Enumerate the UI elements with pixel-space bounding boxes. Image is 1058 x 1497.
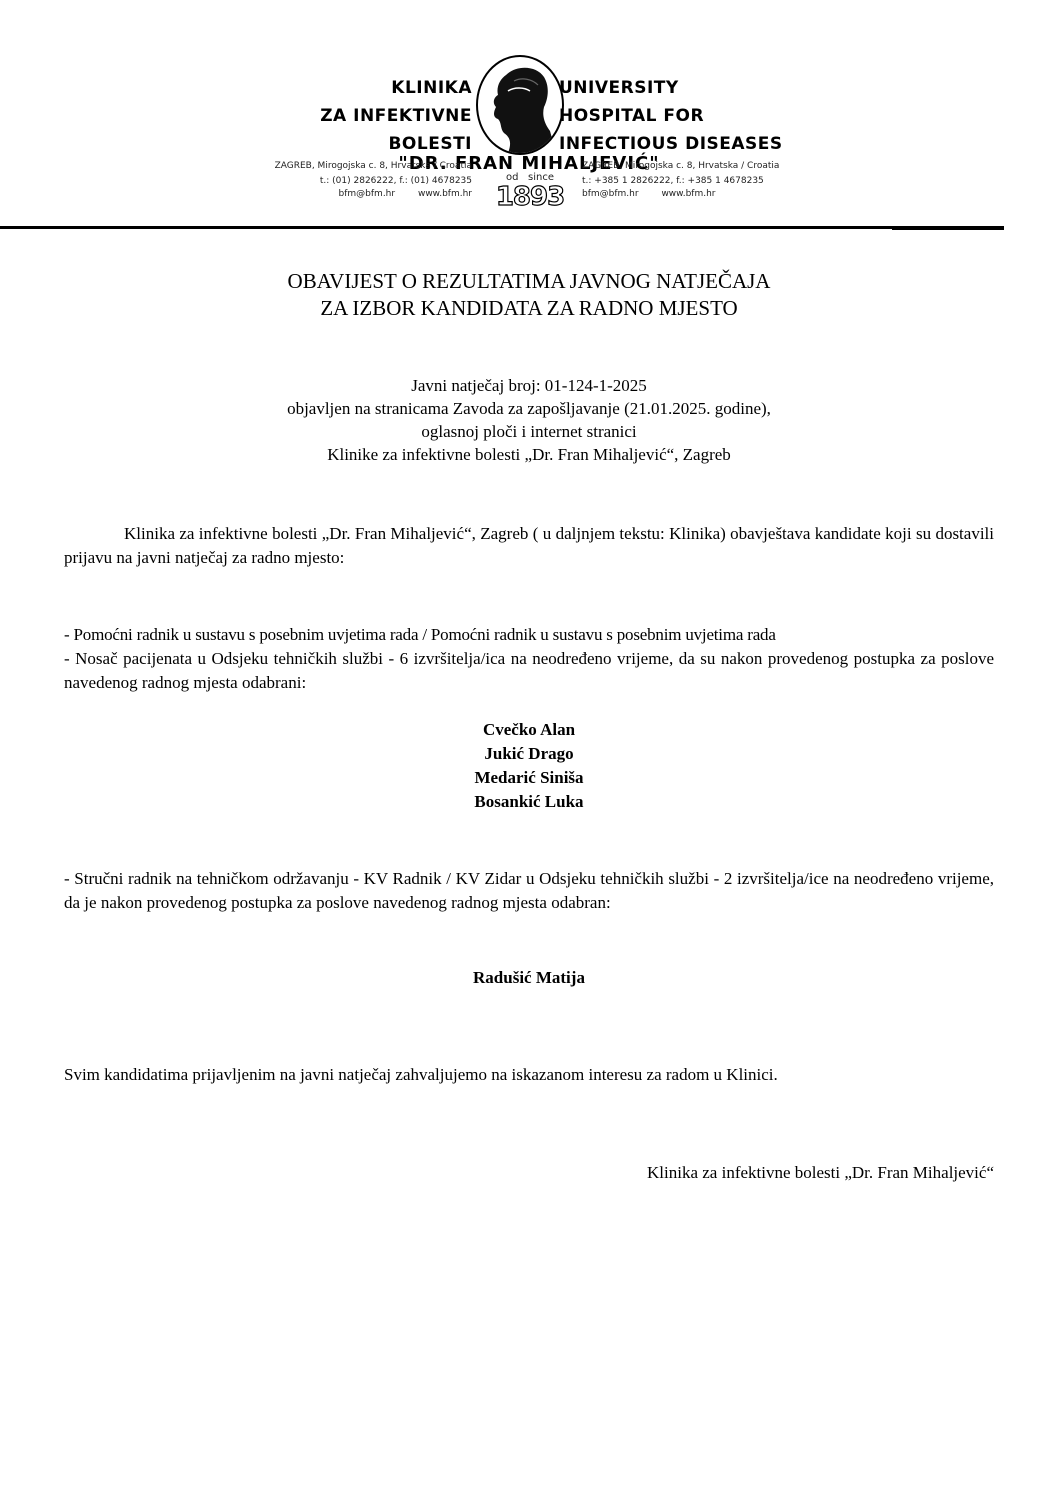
address-croatian: ZAGREB, Mirogojska c. 8, Hrvatska / Croa… bbox=[250, 160, 472, 201]
reference-line: Klinike za infektivne bolesti „Dr. Fran … bbox=[0, 443, 1058, 466]
position-description: - Pomoćni radnik u sustavu s posebnim uv… bbox=[64, 623, 994, 695]
candidate-name: Jukić Drago bbox=[0, 742, 1058, 766]
reference-line: Javni natječaj broj: 01-124-1-2025 bbox=[0, 374, 1058, 397]
address-line: t.: (01) 2826222, f.: (01) 4678235 bbox=[250, 173, 472, 188]
letterhead-left-line: KLINIKA bbox=[250, 74, 472, 102]
signature: Klinika za infektivne bolesti „Dr. Fran … bbox=[400, 1161, 994, 1185]
selected-candidates-list: Radušić Matija bbox=[0, 966, 1058, 990]
tender-reference: Javni natječaj broj: 01-124-1-2025 objav… bbox=[0, 374, 1058, 466]
title-line: ZA IZBOR KANDIDATA ZA RADNO MJESTO bbox=[0, 295, 1058, 322]
intro-paragraph: Klinika za infektivne bolesti „Dr. Fran … bbox=[64, 522, 994, 570]
address-line: bfm@bfm.hr www.bfm.hr bbox=[582, 188, 882, 201]
address-line: t.: +385 1 2826222, f.: +385 1 4678235 bbox=[582, 173, 882, 188]
candidate-name: Radušić Matija bbox=[0, 966, 1058, 990]
candidate-name: Cvečko Alan bbox=[0, 718, 1058, 742]
candidate-name: Medarić Siniša bbox=[0, 766, 1058, 790]
letterhead-right-line: UNIVERSITY bbox=[559, 74, 859, 102]
hospital-name: "DR. FRAN MIHALJEVIĆ" bbox=[0, 153, 1058, 174]
candidate-name: Bosankić Luka bbox=[0, 790, 1058, 814]
position-description: - Stručni radnik na tehničkom održavanju… bbox=[64, 867, 994, 915]
address-line: ZAGREB, Mirogojska c. 8, Hrvatska / Croa… bbox=[582, 160, 882, 173]
reference-line: oglasnoj ploči i internet stranici bbox=[0, 420, 1058, 443]
letterhead-right-line: HOSPITAL FOR bbox=[559, 102, 859, 130]
address-english: ZAGREB, Mirogojska c. 8, Hrvatska / Croa… bbox=[582, 160, 882, 201]
title-line: OBAVIJEST O REZULTATIMA JAVNOG NATJEČAJA bbox=[0, 268, 1058, 295]
letterhead-left-name: KLINIKA ZA INFEKTIVNE BOLESTI bbox=[250, 74, 472, 158]
header-divider-accent bbox=[892, 227, 1004, 230]
header-divider bbox=[0, 226, 1004, 229]
selected-candidates-list: Cvečko Alan Jukić Drago Medarić Siniša B… bbox=[0, 718, 1058, 814]
page-title: OBAVIJEST O REZULTATIMA JAVNOG NATJEČAJA… bbox=[0, 268, 1058, 322]
address-line: bfm@bfm.hr www.bfm.hr bbox=[250, 188, 472, 201]
reference-line: objavljen na stranicama Zavoda za zapošl… bbox=[0, 397, 1058, 420]
position-detail: - Nosač pacijenata u Odsjeku tehničkih s… bbox=[64, 647, 994, 695]
portrait-medallion-icon bbox=[476, 55, 564, 155]
since-year: 1893 bbox=[480, 182, 580, 212]
letterhead-right-name: UNIVERSITY HOSPITAL FOR INFECTIOUS DISEA… bbox=[559, 74, 859, 158]
thanks-paragraph: Svim kandidatima prijavljenim na javni n… bbox=[64, 1063, 778, 1087]
address-line: ZAGREB, Mirogojska c. 8, Hrvatska / Croa… bbox=[250, 160, 472, 173]
position-title-line: - Pomoćni radnik u sustavu s posebnim uv… bbox=[64, 623, 994, 647]
letterhead-left-line: ZA INFEKTIVNE bbox=[250, 102, 472, 130]
